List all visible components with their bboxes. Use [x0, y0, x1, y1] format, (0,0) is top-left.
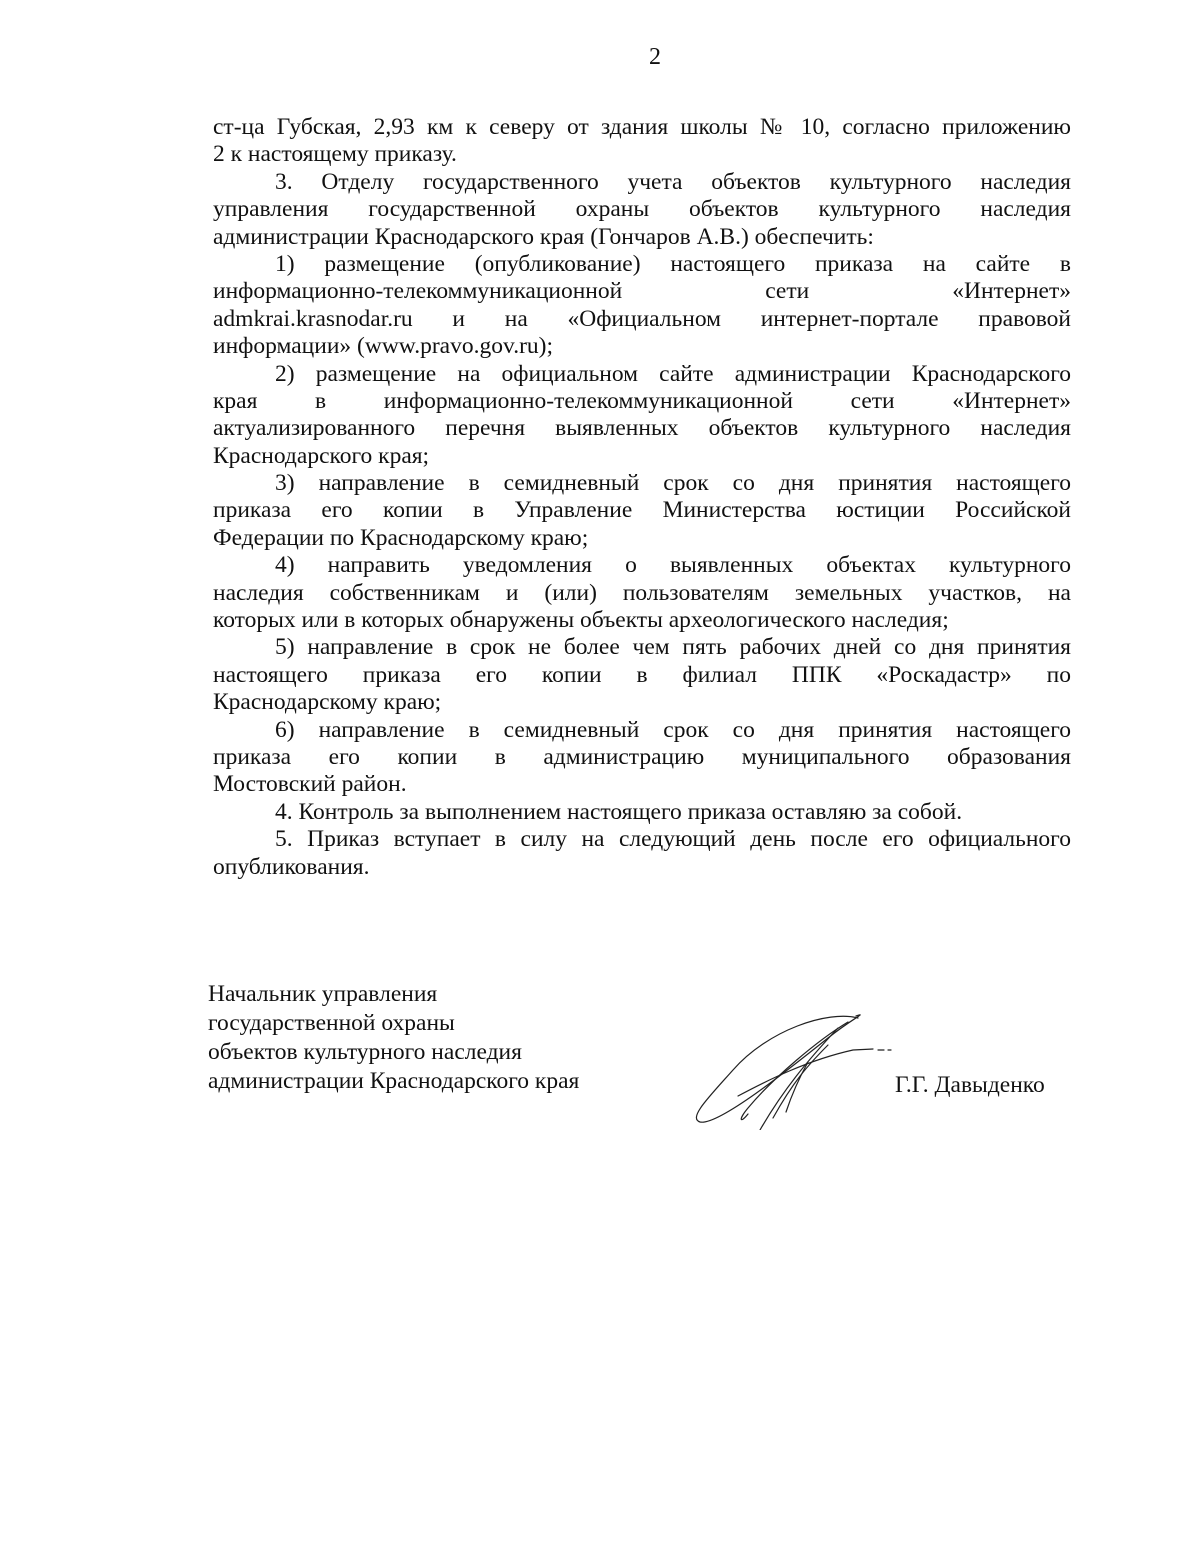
- body-line: управления государственной охраны объект…: [213, 196, 1071, 223]
- paragraph-3-heading: 3. Отделу государственного учета объекто…: [213, 169, 1071, 196]
- body-line: края в информационно-телекоммуникационно…: [213, 388, 1071, 415]
- signatory-title-line: администрации Краснодарского края: [208, 1067, 579, 1096]
- body-line: приказа его копии в администрацию муници…: [213, 744, 1071, 771]
- body-line: Краснодарскому краю;: [213, 689, 1071, 716]
- body-line: актуализированного перечня выявленных об…: [213, 415, 1071, 442]
- body-line: admkrai.krasnodar.ru и на «Официальном и…: [213, 306, 1071, 333]
- body-line: администрации Краснодарского края (Гонча…: [213, 224, 1071, 251]
- item-1-line: 1) размещение (опубликование) настоящего…: [213, 251, 1071, 278]
- item-3-line: 3) направление в семидневный срок со дня…: [213, 470, 1071, 497]
- paragraph-5-line: 5. Приказ вступает в силу на следующий д…: [213, 826, 1071, 853]
- signatory-name: Г.Г. Давыденко: [895, 1071, 1045, 1100]
- signatory-title-line: объектов культурного наследия: [208, 1038, 579, 1067]
- item-4-line: 4) направить уведомления о выявленных об…: [213, 552, 1071, 579]
- paragraph-4-line: 4. Контроль за выполнением настоящего пр…: [213, 799, 1071, 826]
- page-number: 2: [0, 44, 1200, 71]
- body-line: Краснодарского края;: [213, 443, 1071, 470]
- body-line: настоящего приказа его копии в филиал ПП…: [213, 662, 1071, 689]
- body-line: 2 к настоящему приказу.: [213, 141, 1071, 168]
- body-line: приказа его копии в Управление Министерс…: [213, 497, 1071, 524]
- body-line: Мостовский район.: [213, 771, 1071, 798]
- body-line: Федерации по Краснодарскому краю;: [213, 525, 1071, 552]
- signatory-title-line: государственной охраны: [208, 1009, 579, 1038]
- body-line: наследия собственникам и (или) пользоват…: [213, 580, 1071, 607]
- signatory-title: Начальник управления государственной охр…: [208, 980, 579, 1096]
- item-6-line: 6) направление в семидневный срок со дня…: [213, 717, 1071, 744]
- item-5-line: 5) направление в срок не более чем пять …: [213, 634, 1071, 661]
- body-line: ст-ца Губская, 2,93 км к северу от здани…: [213, 114, 1071, 141]
- body-line: информации» (www.pravo.gov.ru);: [213, 333, 1071, 360]
- item-2-line: 2) размещение на официальном сайте админ…: [213, 361, 1071, 388]
- signature-block: Начальник управления государственной охр…: [208, 980, 1078, 1130]
- body-line: которых или в которых обнаружены объекты…: [213, 607, 1071, 634]
- body-line: информационно-телекоммуникационной сети …: [213, 278, 1071, 305]
- body-line: опубликования.: [213, 854, 1071, 881]
- signatory-title-line: Начальник управления: [208, 980, 579, 1009]
- document-body: ст-ца Губская, 2,93 км к северу от здани…: [213, 114, 1071, 881]
- handwritten-signature-icon: [678, 1000, 898, 1130]
